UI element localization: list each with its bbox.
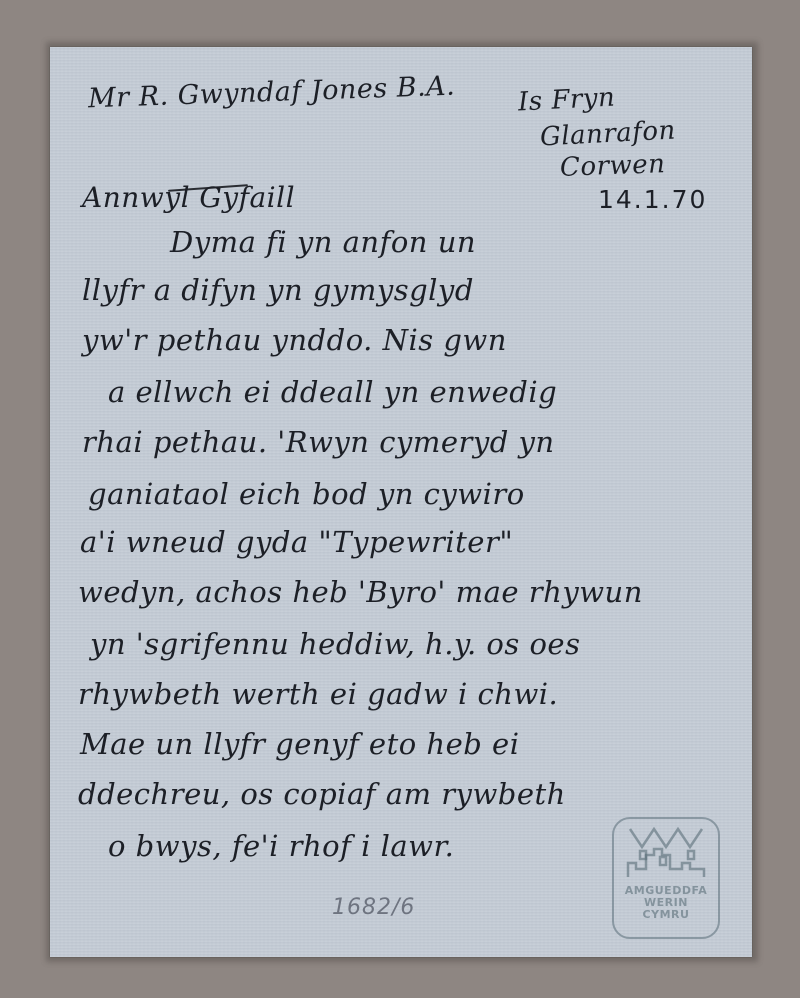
stamp-line-3: CYMRU [614,909,718,921]
body-line: ddechreu, os copiaf am rywbeth [78,777,566,811]
body-line: ganiataol eich bod yn cywiro [88,477,525,511]
letter-page: Mr R. Gwyndaf Jones B.A. Is Fryn Glanraf… [50,47,752,957]
body-line: llyfr a difyn yn gymysglyd [82,273,474,307]
body-line: wedyn, achos heb 'Byro' mae rhywun [78,575,643,609]
letter-date: 14.1.70 [598,185,707,214]
address-line-2: Glanrafon [539,115,676,152]
museum-stamp: AMGUEDDFA WERIN CYMRU [612,817,720,939]
body-line: yw'r pethau ynddo. Nis gwn [82,323,507,357]
address-line-1: Is Fryn [517,82,616,117]
address-line-3: Corwen [560,149,666,183]
archive-reference-number: 1682/6 [332,895,415,920]
body-line: rhywbeth werth ei gadw i chwi. [78,677,558,711]
body-line: yn 'sgrifennu heddiw, h.y. os oes [90,627,580,661]
body-line: a ellwch ei ddeall yn enwedig [108,375,557,409]
body-line: a'i wneud gyda "Typewriter" [80,525,513,559]
castle-emblem-icon [624,825,708,885]
salutation: Annwyl Gyfaill [82,181,295,214]
addressee: Mr R. Gwyndaf Jones B.A. [88,71,456,115]
body-line: Mae un llyfr genyf eto heb ei [80,727,519,761]
body-line: o bwys, fe'i rhof i lawr. [108,829,454,863]
body-line: rhai pethau. 'Rwyn cymeryd yn [82,425,555,459]
body-line: Dyma fi yn anfon un [170,225,476,259]
